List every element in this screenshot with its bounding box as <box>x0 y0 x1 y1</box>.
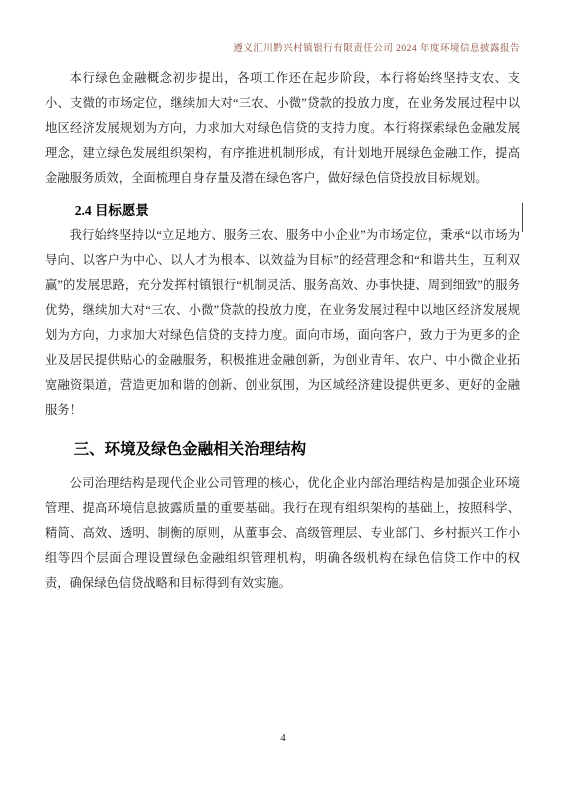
document-page: 遵义汇川黔兴村镇银行有限责任公司 2024 年度环境信息披露报告 本行绿色金融概… <box>0 0 566 800</box>
page-number: 4 <box>0 733 566 744</box>
document-header-title: 遵义汇川黔兴村镇银行有限责任公司 2024 年度环境信息披露报告 <box>45 40 520 54</box>
document-body: 本行绿色金融概念初步提出，各项工作还在起步阶段，本行将始终坚持支农、支小、支微的… <box>45 66 520 596</box>
paragraph-goal-vision: 我行始终坚持以“立足地方、服务三农、服务中小企业”为市场定位，秉承“以市场为导向… <box>45 223 520 423</box>
paragraph-governance-structure: 公司治理结构是现代企业公司管理的核心，优化企业内部治理结构是加强企业环境管理、提… <box>45 471 520 596</box>
revision-change-bar <box>522 203 523 232</box>
heading-environment-governance: 三、环境及绿色金融相关治理结构 <box>45 437 520 463</box>
paragraph-green-finance-concept: 本行绿色金融概念初步提出，各项工作还在起步阶段，本行将始终坚持支农、支小、支微的… <box>45 66 520 191</box>
heading-goal-vision: 2.4 目标愿景 <box>45 199 520 223</box>
